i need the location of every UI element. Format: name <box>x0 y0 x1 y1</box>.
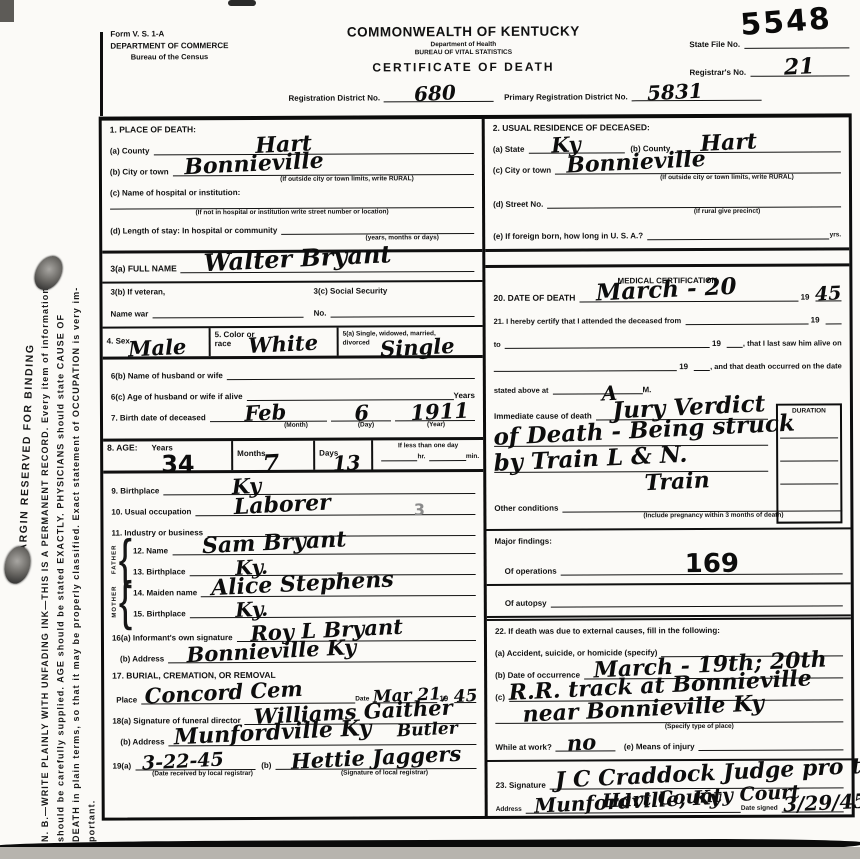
mother-birthplace-value: Ky. <box>234 597 268 623</box>
date-of-death-field: March - 20 <box>579 288 798 303</box>
margin-note-line: should be carefully supplied. AGE should… <box>54 34 70 842</box>
length-of-stay-field <box>281 220 474 235</box>
cause-line3-field: by Train L & N. <box>494 448 768 473</box>
less-than-day-label: If less than one day <box>377 442 479 450</box>
form-header: Form V. S. 1-A DEPARTMENT OF COMMERCE Bu… <box>98 16 851 116</box>
street-number-caption: (If rural give precinct) <box>613 207 841 216</box>
age-days-value: 13 <box>332 450 361 475</box>
of-operations-label: Of operations <box>505 567 557 576</box>
section-full-name: 3(a) FULL NAME Walter Bryant <box>102 252 482 284</box>
funeral-address-label: (b) Address <box>120 737 164 746</box>
death-hour-field: A <box>552 380 642 394</box>
certify-19a: 19 <box>811 316 820 325</box>
father-name-value: Sam Bryant <box>201 526 347 559</box>
physician-signature-label: 23. Signature <box>496 781 546 790</box>
dod-year-field: 45 <box>815 287 841 301</box>
hr-label: hr. <box>417 452 425 461</box>
husband-wife-label: 6(b) Name of husband or wife <box>111 371 223 380</box>
department-of-commerce: DEPARTMENT OF COMMERCE <box>110 41 228 51</box>
informant-address-field: Bonnieville Ky <box>168 648 476 663</box>
registration-district-field: 680 <box>384 88 494 102</box>
spouse-age-label: 6(c) Age of husband or wife if alive <box>111 392 243 402</box>
rule <box>486 527 850 531</box>
veteran-label: 3(b) If veteran, <box>110 287 303 297</box>
foreign-born-suffix: yrs. <box>830 230 842 239</box>
father-side-label: FATHER <box>112 545 118 575</box>
residence-city-field: Bonnieville <box>555 159 841 174</box>
of-operations-field: 169 <box>561 550 843 575</box>
registrar-signature-field: Hettie Jaggers <box>275 755 476 770</box>
margin-note-line: DEATH in plain terms, so that it may be … <box>69 34 85 842</box>
last-seen-year-field <box>694 357 710 371</box>
certify-line3b: , and that death occurred on the date <box>710 361 842 371</box>
medical-box-spacer <box>485 250 849 268</box>
father-name-field: Sam Bryant <box>172 540 476 555</box>
city-label: (b) City or town <box>110 167 169 176</box>
residence-title: 2. USUAL RESIDENCE OF DECEASED: <box>493 121 841 133</box>
certificate-title: CERTIFICATE OF DEATH <box>298 59 628 74</box>
last-seen-field <box>494 357 677 372</box>
birth-year-value: 1911 <box>410 398 470 426</box>
full-name-label: 3(a) FULL NAME <box>110 264 176 273</box>
veteran-war-label: Name war <box>111 309 149 318</box>
external-causes-title: 22. If death was due to external causes,… <box>495 625 843 636</box>
margin-note-line: N. B.—WRITE PLAINLY WITH UNFADING INK—TH… <box>38 34 54 842</box>
primary-district-label: Primary Registration District No. <box>504 92 628 102</box>
while-at-work-label: While at work? <box>495 743 551 752</box>
city-value: Bonnieville <box>183 148 324 181</box>
commonwealth-title: COMMONWEALTH OF KENTUCKY <box>298 23 628 39</box>
attended-to-field <box>505 334 710 349</box>
husband-wife-field <box>227 365 475 380</box>
bureau-of-census: Bureau of the Census <box>110 52 228 62</box>
means-of-injury-field <box>699 736 844 751</box>
primary-district-value: 5831 <box>646 79 703 106</box>
certify-line2b: , that I last saw him alive on <box>743 338 842 347</box>
birthplace-label: 9. Birthplace <box>111 486 159 495</box>
cause-of-death-block: DURATION Immediate cause of death Jury V… <box>494 401 842 497</box>
certify-line1: 21. I hereby certify that I attended the… <box>494 316 682 326</box>
registration-district-line: Registration District No. 680 Primary Re… <box>209 86 842 103</box>
mother-brace: { <box>119 575 133 629</box>
duration-line <box>780 438 838 461</box>
ssn-label: 3(c) Social Security <box>314 286 475 296</box>
registration-district-value: 680 <box>414 80 457 106</box>
means-of-injury-label: (e) Means of injury <box>624 742 695 751</box>
received-date-value: 3-22-45 <box>141 749 224 775</box>
ssn-field <box>330 303 474 318</box>
header-right: 5548 State File No. Registrar's No. 21 <box>689 20 849 77</box>
father-name-label: 12. Name <box>133 546 168 555</box>
department-of-health: Department of Health <box>298 40 628 48</box>
state-file-field <box>744 34 849 48</box>
occupation-stamp-digit: 3 <box>414 500 425 519</box>
informant-address-label: (b) Address <box>120 654 164 663</box>
birth-day-field: 6 <box>331 407 391 421</box>
sex-label: 4. Sex <box>107 337 130 346</box>
date-signed-value: 3/29/45 <box>783 789 860 817</box>
burial-place-label: Place <box>116 695 137 704</box>
attended-from-year-field <box>826 310 842 324</box>
residence-state-label: (a) State <box>493 145 525 154</box>
injury-place-field2: near Bonnieville Ky <box>495 702 843 724</box>
meridiem-label: M. <box>642 385 651 394</box>
date-signed-label: Date signed <box>741 805 778 813</box>
burial-year-value: 45 <box>453 686 478 707</box>
major-findings-label: Major findings: <box>495 535 843 546</box>
street-number-field <box>547 193 841 208</box>
color-value: White <box>248 330 319 358</box>
margin-binding-text: MARGIN RESERVED FOR BINDING <box>17 262 39 562</box>
certificate-body: 1. PLACE OF DEATH: (a) County Hart (b) C… <box>99 113 855 820</box>
physician-address-label: Address <box>496 806 522 814</box>
occupation-label: 10. Usual occupation <box>111 507 191 516</box>
state-file-label: State File No. <box>689 40 740 49</box>
scan-background <box>0 847 860 859</box>
margin-note: N. B.—WRITE PLAINLY WITH UNFADING INK—TH… <box>38 34 100 842</box>
received-date-field: 3-22-45 <box>135 756 255 771</box>
birth-year-field: 1911 <box>395 407 475 421</box>
section-veteran-ssn: 3(b) If veteran, Name war 3(c) Social Se… <box>102 282 482 329</box>
age-months-value: 7 <box>262 448 280 478</box>
mother-name-field: Alice Stephens <box>201 582 476 597</box>
mother-side-label: MOTHER <box>112 586 118 618</box>
certify-19b: 19 <box>712 339 721 348</box>
father-birthplace-label: 13. Birthplace <box>133 567 186 576</box>
scan-mark <box>0 0 14 22</box>
primary-district-field: 5831 <box>632 87 762 102</box>
attended-from-field <box>685 311 809 326</box>
street-number-label: (d) Street No. <box>493 200 543 209</box>
margin-note-line: portant. <box>85 34 101 842</box>
section-usual-residence: 2. USUAL RESIDENCE OF DECEASED: (a) Stat… <box>485 117 850 252</box>
registrar-number-label: Registrar's No. <box>689 68 746 77</box>
date-signed-field: 3/29/45 <box>782 798 844 812</box>
date-of-death-label: 20. DATE OF DEATH <box>493 294 575 303</box>
mother-birthplace-label: 15. Birthplace <box>133 609 186 618</box>
birth-month-value: Feb <box>244 399 287 426</box>
physician-address-field: Munfordville, Ky <box>526 799 741 814</box>
burial-year-field: 45 <box>454 689 476 703</box>
age-years-value: 34 <box>161 450 195 478</box>
form-number: Form V. S. 1-A <box>110 29 228 39</box>
residence-county-value: Hart <box>700 128 758 157</box>
sex-value: Male <box>128 334 187 362</box>
marital-value: Single <box>380 333 456 362</box>
full-name-field: Walter Bryant <box>181 258 475 273</box>
of-operations-value: 169 <box>685 549 739 579</box>
age-label: 8. AGE: <box>107 443 137 462</box>
binder-hole <box>1 544 34 587</box>
minutes-field <box>429 453 465 461</box>
city-field: Bonnieville <box>173 161 474 176</box>
section-place-of-death: 1. PLACE OF DEATH: (a) County Hart (b) C… <box>102 119 483 254</box>
attended-to-year-field <box>727 334 743 348</box>
certify-19c: 19 <box>679 362 688 371</box>
registrar-sig-item-label: (b) <box>261 761 271 770</box>
registrar-number-field: 21 <box>750 62 849 76</box>
residence-city-label: (c) City or town <box>493 166 551 175</box>
section-spouse-birthdate: 6(b) Name of husband or wife 6(c) Age of… <box>103 358 483 442</box>
date-of-death-value: March - 20 <box>596 273 738 307</box>
min-label: min. <box>466 452 479 461</box>
double-rule <box>487 614 851 621</box>
hours-field <box>381 453 417 461</box>
while-at-work-value: no <box>567 729 597 755</box>
of-autopsy-label: Of autopsy <box>505 599 547 608</box>
marital-cell: 5(a) Single, widowed, married, divorced … <box>339 327 483 356</box>
color-cell: 5. Color or race White <box>211 328 339 357</box>
registration-district-label: Registration District No. <box>288 93 380 102</box>
mother-birthplace-field: Ky. <box>190 603 476 618</box>
right-column: 2. USUAL RESIDENCE OF DECEASED: (a) Stat… <box>482 117 852 816</box>
birthdate-label: 7. Birth date of deceased <box>111 413 206 422</box>
mother-name-label: 14. Maiden name <box>133 588 197 597</box>
of-autopsy-field <box>551 592 843 607</box>
mother-group: MOTHER { 14. Maiden name Alice Stephens <box>112 580 476 622</box>
certify-line4a: stated above at <box>494 386 549 395</box>
birth-month-field: Feb <box>210 408 327 423</box>
section-medical-certification: MEDICAL CERTIFICATION 20. DATE OF DEATH … <box>485 266 851 816</box>
other-conditions-field <box>562 497 842 512</box>
hospital-label: (c) Name of hospital or institution: <box>110 188 240 198</box>
rule <box>487 582 851 586</box>
section-sex-color-marital: 4. Sex Male 5. Color or race White 5(a) … <box>103 327 483 360</box>
registrar-number-value: 21 <box>784 53 816 80</box>
age-years-cell: 8. AGE: Years 34 <box>103 441 233 471</box>
funeral-director-value2: Butler <box>397 718 459 741</box>
age-less-than-day-cell: If less than one day hr. min. <box>373 440 483 469</box>
cause-line4-value: Train <box>644 467 710 496</box>
residence-city-value: Bonnieville <box>565 146 706 179</box>
veteran-war-field <box>152 304 303 319</box>
bureau-vital-statistics: BUREAU OF VITAL STATISTICS <box>298 48 628 56</box>
received-date-label: 19(a) <box>112 762 131 771</box>
duration-line <box>780 461 838 484</box>
left-column: 1. PLACE OF DEATH: (a) County Hart (b) C… <box>102 119 485 818</box>
other-conditions-label: Other conditions <box>494 504 558 513</box>
foreign-born-field <box>647 225 830 240</box>
sex-cell: 4. Sex Male <box>103 328 211 356</box>
certificate-form: Form V. S. 1-A DEPARTMENT OF COMMERCE Bu… <box>98 16 854 820</box>
while-at-work-field: no <box>556 737 616 751</box>
county-label: (a) County <box>110 146 150 155</box>
section-background-parents: 9. Birthplace Ky 10. Usual occupation La… <box>103 472 484 783</box>
header-left: Form V. S. 1-A DEPARTMENT OF COMMERCE Bu… <box>110 29 228 62</box>
dod-year-value: 45 <box>814 282 841 305</box>
scanned-death-certificate: N. B.—WRITE PLAINLY WITH UNFADING INK—TH… <box>0 0 860 859</box>
occupation-value: Laborer <box>233 489 331 520</box>
age-days-cell: Days 13 <box>315 440 373 469</box>
scan-mark <box>228 0 256 6</box>
length-of-stay-label: (d) Length of stay: In hospital or commu… <box>110 226 277 236</box>
dod-year-printed: 19 <box>801 293 810 302</box>
hospital-caption: (If not in hospital or institution write… <box>110 208 474 218</box>
age-months-cell: Months 7 <box>233 441 315 470</box>
foreign-born-label: (e) If foreign born, how long in U. S. A… <box>493 231 643 241</box>
injury-place-label: (c) <box>495 693 505 702</box>
certify-to-label: to <box>494 340 501 349</box>
header-center: COMMONWEALTH OF KENTUCKY Department of H… <box>298 23 628 74</box>
occupation-field: Laborer 3 <box>195 501 475 516</box>
section-age: 8. AGE: Years 34 Months 7 Days 13 <box>103 440 483 474</box>
ssn-no-label: No. <box>314 309 327 318</box>
birth-day-value: 6 <box>354 400 370 426</box>
